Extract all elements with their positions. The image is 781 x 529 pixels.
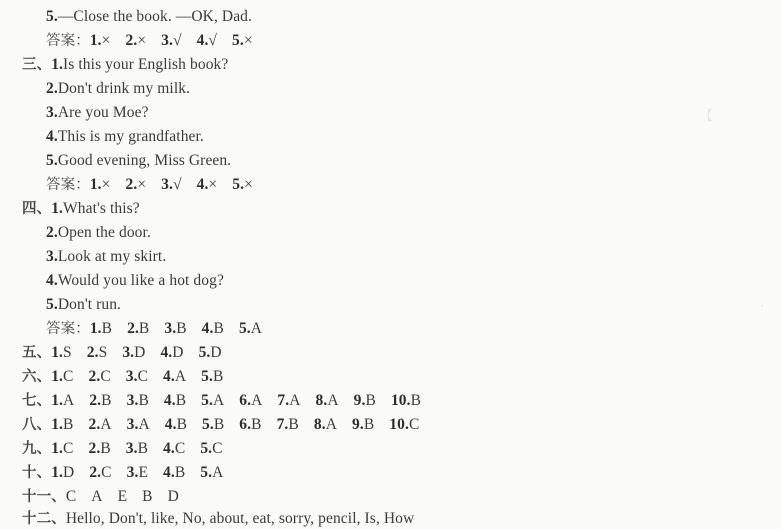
answer-item: 1.S <box>51 342 72 364</box>
answer-item: 7.B <box>277 414 299 436</box>
answer-item: 6.B <box>239 414 261 436</box>
answer-item: 5.× <box>232 174 253 196</box>
answer-line: 答案：1.×2.×3.√4.√5.× <box>46 30 253 52</box>
answer-item: 5.× <box>232 30 253 52</box>
question-line: 4.This is my grandfather. <box>46 126 204 148</box>
answer-item: 4.B <box>202 318 224 340</box>
question-text: Open the door. <box>58 224 151 241</box>
section-label: 十二、 <box>22 511 66 527</box>
section-9-answers: 九、1.C2.B3.B4.C5.C <box>22 438 223 460</box>
answer-item: 5.B <box>201 366 223 388</box>
section-label: 六、 <box>22 369 51 385</box>
question-text: —Close the book. —OK, Dad. <box>58 8 252 25</box>
section-5-answers: 五、1.S2.S3.D4.D5.D <box>22 342 222 364</box>
answer-key-page: 【 · 5.—Close the book. —OK, Dad. 答案：1.×2… <box>0 0 781 529</box>
question-line: 3.Look at my skirt. <box>46 246 166 268</box>
question-text: Would you like a hot dog? <box>58 272 224 289</box>
answer-item: 1.B <box>90 318 112 340</box>
answer-item: 9.B <box>352 414 374 436</box>
section-label: 四、 <box>22 201 51 217</box>
answer-item: A <box>91 486 102 508</box>
question-text: Are you Moe? <box>58 104 149 121</box>
question-text: Good evening, Miss Green. <box>58 152 231 169</box>
answer-item: 4.B <box>165 414 187 436</box>
answer-item: 1.B <box>51 414 73 436</box>
section-3-line-1: 三、1.Is this your English book? <box>22 54 228 76</box>
answer-item: 5.A <box>239 318 262 340</box>
answer-item: 3.E <box>127 462 148 484</box>
answer-item: 3.C <box>126 366 148 388</box>
section-4-line-1: 四、1.What's this? <box>22 198 140 220</box>
section-10-answers: 十、1.D2.C3.E4.B5.A <box>22 462 223 484</box>
section-8-answers: 八、1.B2.A3.A4.B5.B6.B7.B8.A9.B10.C <box>22 414 419 436</box>
section-7-answers: 七、1.A2.B3.B4.B5.A6.A7.A8.A9.B10.B <box>22 390 421 412</box>
answer-item: C <box>66 486 76 508</box>
question-text: Is this your English book? <box>63 56 228 73</box>
question-line: 5.—Close the book. —OK, Dad. <box>46 6 252 28</box>
section-label: 五、 <box>22 345 51 361</box>
answer-item: 3.√ <box>161 30 181 52</box>
answer-line: 答案：1.×2.×3.√4.×5.× <box>46 174 253 196</box>
answer-item: 2.A <box>88 414 111 436</box>
answer-item: 3.B <box>164 318 186 340</box>
answer-item: 6.A <box>239 390 262 412</box>
question-text: Look at my skirt. <box>58 248 166 265</box>
bleed-through-mark: 【 <box>700 105 713 124</box>
answer-label: 答案： <box>46 177 90 193</box>
bleed-through-mark: · <box>760 300 764 315</box>
answer-item: 3.D <box>122 342 145 364</box>
answer-item: 4.B <box>163 462 185 484</box>
question-line: 5.Good evening, Miss Green. <box>46 150 231 172</box>
section-11-answers: 十一、CAEBD <box>22 486 179 508</box>
question-text: This is my grandfather. <box>58 128 204 145</box>
section-label: 九、 <box>22 441 51 457</box>
answer-item: 1.× <box>90 30 111 52</box>
answer-item: 10.C <box>389 414 419 436</box>
answer-item: 5.A <box>200 462 223 484</box>
answer-text: Hello, Don't, like, No, about, eat, sorr… <box>66 510 415 527</box>
answer-item: 3.A <box>127 414 150 436</box>
answer-item: 1.C <box>51 438 73 460</box>
question-line: 3.Are you Moe? <box>46 102 149 124</box>
answer-item: 1.C <box>51 366 73 388</box>
answer-item: 3.B <box>126 438 148 460</box>
answer-item: 2.B <box>89 390 111 412</box>
section-12-answers: 十二、Hello, Don't, like, No, about, eat, s… <box>22 508 414 529</box>
question-line: 2.Don't drink my milk. <box>46 78 190 100</box>
answer-item: 4.B <box>164 390 186 412</box>
answer-item: 1.× <box>90 174 111 196</box>
answer-item: 10.B <box>391 390 421 412</box>
answer-item: 3.√ <box>161 174 181 196</box>
section-label: 七、 <box>22 393 51 409</box>
answer-item: 2.S <box>87 342 108 364</box>
question-line: 2.Open the door. <box>46 222 151 244</box>
answer-item: 2.C <box>88 366 110 388</box>
answer-item: 8.A <box>316 390 339 412</box>
question-text: Don't run. <box>58 296 121 313</box>
question-text: Don't drink my milk. <box>58 80 190 97</box>
question-number: 5. <box>46 8 58 25</box>
question-line: 5.Don't run. <box>46 294 121 316</box>
section-label: 八、 <box>22 417 51 433</box>
answer-item: D <box>168 486 179 508</box>
answer-item: 2.B <box>127 318 149 340</box>
answer-item: 5.A <box>201 390 224 412</box>
section-label: 十一、 <box>22 489 66 505</box>
section-label: 三、 <box>22 57 51 73</box>
answer-item: 2.B <box>88 438 110 460</box>
answer-item: E <box>118 486 128 508</box>
answer-item: 3.B <box>127 390 149 412</box>
answer-item: 4.√ <box>197 30 217 52</box>
answer-item: 1.D <box>51 462 74 484</box>
question-line: 4.Would you like a hot dog? <box>46 270 224 292</box>
answer-item: 5.D <box>199 342 222 364</box>
answer-item: 1.A <box>51 390 74 412</box>
answer-item: B <box>142 486 152 508</box>
section-label: 十、 <box>22 465 51 481</box>
answer-item: 2.× <box>125 174 146 196</box>
answer-item: 9.B <box>354 390 376 412</box>
answer-item: 7.A <box>277 390 300 412</box>
answer-item: 2.× <box>125 30 146 52</box>
answer-item: 4.× <box>197 174 218 196</box>
section-6-answers: 六、1.C2.C3.C4.A5.B <box>22 366 223 388</box>
answer-item: 8.A <box>314 414 337 436</box>
answer-item: 4.A <box>163 366 186 388</box>
answer-label: 答案： <box>46 33 90 49</box>
answer-item: 5.B <box>202 414 224 436</box>
answer-item: 4.D <box>160 342 183 364</box>
question-text: What's this? <box>63 200 140 217</box>
answer-item: 2.C <box>89 462 111 484</box>
answer-item: 4.C <box>163 438 185 460</box>
answer-item: 5.C <box>200 438 222 460</box>
answer-line: 答案：1.B2.B3.B4.B5.A <box>46 318 262 340</box>
answer-label: 答案： <box>46 321 90 337</box>
